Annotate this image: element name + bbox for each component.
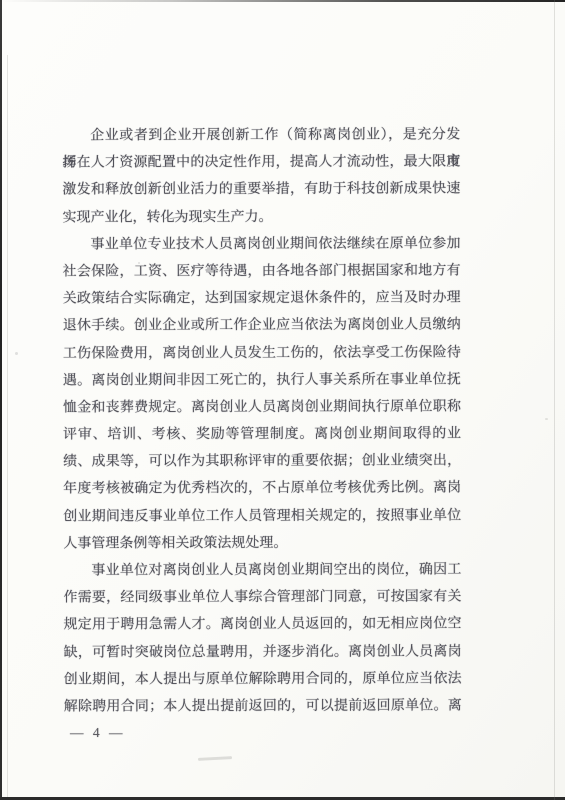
scan-edge-left — [0, 0, 2, 800]
text-line: 企业或者到企业开展创新工作（简称离岗创业），是充分发挥市 — [62, 121, 460, 149]
text-line: 工伤保险费用，离岗创业人员发生工伤的，依法享受工伤保险待 — [63, 339, 461, 367]
text-line: 遇。离岗创业期间非因工死亡的，执行人事关系所在事业单位抚 — [63, 366, 461, 394]
scan-edge-right — [554, 0, 555, 800]
text-line: 事业单位专业技术人员离岗创业期间依法继续在原单位参加 — [63, 230, 461, 258]
scan-speck — [545, 418, 548, 420]
text-line: 人事管理条例等相关政策法规处理。 — [63, 529, 461, 557]
text-line: 关政策结合实际确定，达到国家规定退休条件的，应当及时办理 — [63, 285, 461, 313]
scan-crease-line — [7, 55, 8, 797]
document-body: 企业或者到企业开展创新工作（简称离岗创业），是充分发挥市场在人才资源配置中的决定… — [62, 121, 462, 720]
text-line: 规定用于聘用急需人才。离岗创业人员返回的，如无相应岗位空 — [63, 611, 461, 639]
text-line: 缺，可暂时突破岗位总量聘用，并逐步消化。离岗创业人员离岗 — [64, 638, 462, 666]
text-line: 退休手续。创业企业或所工作企业应当依法为离岗创业人员缴纳 — [63, 312, 461, 340]
paragraph: 事业单位对离岗创业人员离岗创业期间空出的岗位，确因工作需要，经同级事业单位人事综… — [63, 556, 461, 720]
text-line: 作需要，经同级事业单位人事综合管理部门同意，可按国家有关 — [63, 584, 461, 612]
scanned-document-page: 企业或者到企业开展创新工作（简称离岗创业），是充分发挥市场在人才资源配置中的决定… — [0, 0, 565, 800]
text-line: 创业期间，本人提出与原单位解除聘用合同的，原单位应当依法 — [64, 665, 462, 693]
text-line: 年度考核被确定为优秀档次的，不占原单位考核优秀比例。离岗 — [63, 475, 461, 503]
text-line: 恤金和丧葬费规定。离岗创业人员离岗创业期间执行原单位职称 — [63, 393, 461, 421]
paragraph: 事业单位专业技术人员离岗创业期间依法继续在原单位参加社会保险，工资、医疗等待遇，… — [63, 230, 462, 557]
text-line: 场在人才资源配置中的决定性作用，提高人才流动性，最大限度 — [62, 149, 460, 177]
text-line: 解除聘用合同；本人提出提前返回的，可以提前返回原单位。离 — [64, 692, 462, 720]
text-line: 社会保险，工资、医疗等待遇，由各地各部门根据国家和地方有 — [63, 257, 461, 285]
text-line: 激发和释放创新创业活力的重要举措，有助于科技创新成果快速 — [62, 176, 460, 204]
text-line: 创业期间违反事业单位工作人员管理相关规定的，按照事业单位 — [63, 502, 461, 530]
scan-speck — [15, 352, 18, 355]
text-line: 实现产业化，转化为现实生产力。 — [62, 203, 460, 231]
scan-edge-top — [0, 0, 565, 2]
scan-smudge-bottom — [198, 756, 232, 761]
paragraph: 企业或者到企业开展创新工作（简称离岗创业），是充分发挥市场在人才资源配置中的决定… — [62, 121, 460, 231]
page-number: — 4 — — [70, 725, 126, 741]
text-line: 绩、成果等，可以作为其职称评审的重要依据；创业业绩突出， — [63, 448, 461, 476]
scan-speck — [138, 262, 140, 264]
text-line: 事业单位对离岗创业人员离岗创业期间空出的岗位，确因工 — [63, 556, 461, 584]
text-line: 评审、培训、考核、奖励等管理制度。离岗创业期间取得的业 — [63, 421, 461, 449]
scan-speck — [298, 246, 301, 248]
